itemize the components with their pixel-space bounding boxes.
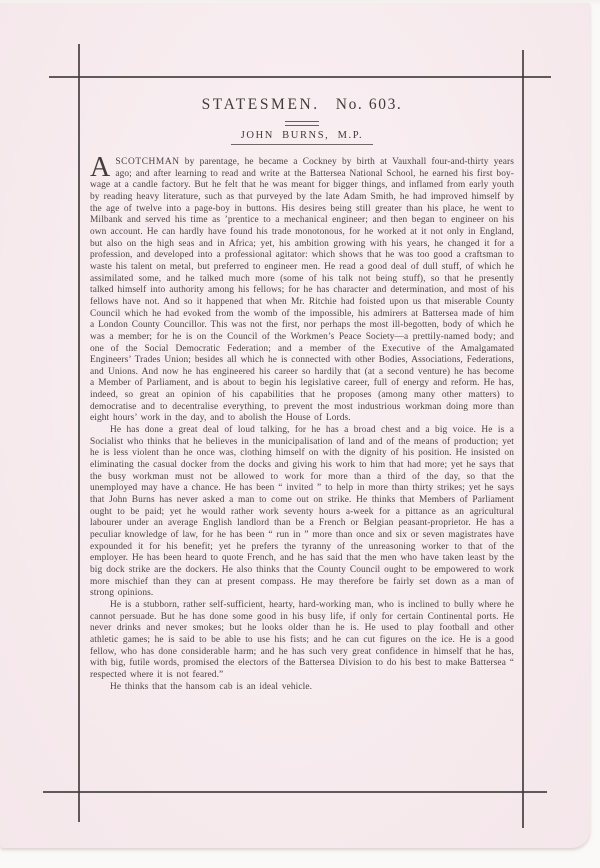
article-body: ASCOTCHMAN by parentage, he became a Coc… <box>90 157 514 693</box>
page-content: STATESMEN.No. 603. JOHN BURNS, M.P. ASCO… <box>90 96 514 693</box>
issue-number: No. 603. <box>336 96 403 113</box>
document-page: STATESMEN.No. 603. JOHN BURNS, M.P. ASCO… <box>0 3 590 848</box>
frame-rule-bottom <box>43 791 547 793</box>
frame-rule-right <box>522 50 524 828</box>
series-title: STATESMEN. <box>202 96 320 113</box>
article-paragraph-3: He is a stubborn, rather self-sufficient… <box>90 600 514 682</box>
masthead: STATESMEN.No. 603. <box>90 96 514 114</box>
article-paragraph-4: He thinks that the hansom cab is an idea… <box>90 682 514 694</box>
subject-title: JOHN BURNS, M.P. <box>231 129 374 145</box>
paragraph-1-lead: SCOTCHMAN <box>115 157 179 167</box>
double-rule-ornament <box>285 121 319 126</box>
frame-rule-top <box>49 76 551 78</box>
drop-cap: A <box>90 157 115 178</box>
article-paragraph-1: ASCOTCHMAN by parentage, he became a Coc… <box>90 157 514 425</box>
frame-rule-left <box>78 44 80 822</box>
article-paragraph-2: He has done a great deal of loud talking… <box>90 425 514 600</box>
paragraph-1-text: by parentage, he became a Cockney by bir… <box>90 157 514 423</box>
